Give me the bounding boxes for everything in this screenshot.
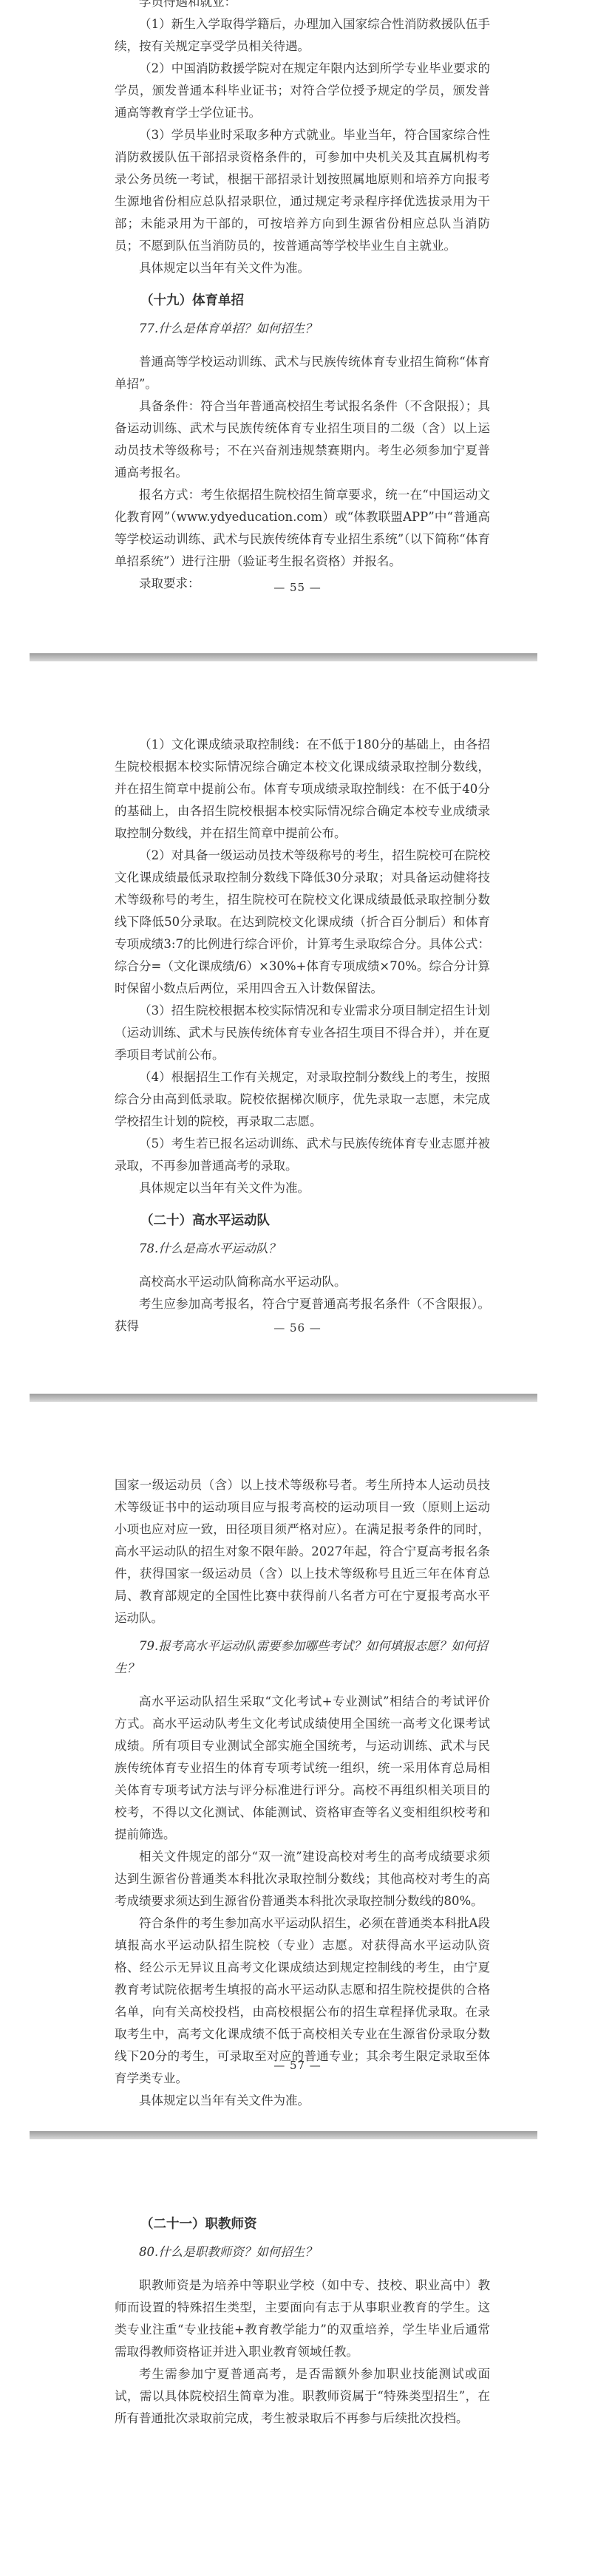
page-separator — [30, 1394, 537, 1402]
page-separator — [30, 653, 537, 661]
page-number-56: — 56 — — [0, 1321, 595, 1335]
page-57-content: 国家一级运动员（含）以上技术等级称号者。考生所持本人运动员技术等级证书中的运动项… — [115, 1474, 490, 2112]
paragraph: （5）考生若已报名运动训练、武术与民族传统体育专业志愿并被录取，不再参加普通高考… — [115, 1133, 490, 1177]
question-heading: 77.什么是体育单招？如何招生？ — [115, 318, 490, 340]
paragraph: （1）文化课成绩录取控制线：在不低于180分的基础上，由各招生院校根据本校实际情… — [115, 734, 490, 845]
section-heading: （二十）高水平运动队 — [115, 1210, 490, 1232]
page-57: 国家一级运动员（含）以上技术等级称号者。考生所持本人运动员技术等级证书中的运动项… — [0, 1402, 595, 2131]
question-heading: 79.报考高水平运动队需要参加哪些考试？如何填报志愿？如何招生？ — [115, 1635, 490, 1680]
question-heading: 78.什么是高水平运动队？ — [115, 1238, 490, 1260]
page-separator — [30, 2131, 537, 2139]
section-heading: （十九）体育单招 — [115, 290, 490, 312]
paragraph: 具体规定以当年有关文件为准。 — [115, 257, 490, 279]
page-56-content: （1）文化课成绩录取控制线：在不低于180分的基础上，由各招生院校根据本校实际情… — [115, 734, 490, 1338]
page-56: （1）文化课成绩录取控制线：在不低于180分的基础上，由各招生院校根据本校实际情… — [0, 661, 595, 1394]
paragraph: 学员待遇和就业： — [115, 0, 490, 13]
page-58: （二十一）职教师资80.什么是职教师资？如何招生？职教师资是为培养中等职业学校（… — [0, 2139, 595, 2576]
paragraph: 高校高水平运动队简称高水平运动队。 — [115, 1271, 490, 1293]
page-58-content: （二十一）职教师资80.什么是职教师资？如何招生？职教师资是为培养中等职业学校（… — [115, 2213, 490, 2430]
paragraph: 具体规定以当年有关文件为准。 — [115, 2090, 490, 2112]
paragraph: 考生需参加宁夏普通高考，是否需额外参加职业技能测试或面试，需以具体院校招生简章为… — [115, 2363, 490, 2430]
paragraph: 相关文件规定的部分“双一流”建设高校对考生的高考成绩要求须达到生源省份普通类本科… — [115, 1846, 490, 1912]
question-heading: 80.什么是职教师资？如何招生？ — [115, 2241, 490, 2263]
paragraph: （4）根据招生工作有关规定，对录取控制分数线上的考生，按照综合分由高到低录取。院… — [115, 1066, 490, 1133]
paragraph: （3）学员毕业时采取多种方式就业。毕业当年，符合国家综合性消防救援队伍干部招录资… — [115, 124, 490, 257]
paragraph: 具体规定以当年有关文件为准。 — [115, 1177, 490, 1199]
paragraph: 高水平运动队招生采取“文化考试+专业测试”相结合的考试评价方式。高水平运动队考生… — [115, 1691, 490, 1846]
paragraph: （2）对具备一级运动员技术等级称号的考生，招生院校可在院校文化课成绩最低录取控制… — [115, 845, 490, 1000]
paragraph: 普通高等学校运动训练、武术与民族传统体育专业招生简称“体育单招”。 — [115, 351, 490, 395]
paragraph: 国家一级运动员（含）以上技术等级称号者。考生所持本人运动员技术等级证书中的运动项… — [115, 1474, 490, 1629]
paragraph: （1）新生入学取得学籍后，办理加入国家综合性消防救援队伍手续，按有关规定享受学员… — [115, 13, 490, 58]
paragraph: （3）招生院校根据本校实际情况和专业需求分项目制定招生计划（运动训练、武术与民族… — [115, 1000, 490, 1066]
page-number-57: — 57 — — [0, 2059, 595, 2072]
paragraph: 职教师资是为培养中等职业学校（如中专、技校、职业高中）教师而设置的特殊招生类型，… — [115, 2275, 490, 2363]
section-heading: （二十一）职教师资 — [115, 2213, 490, 2235]
document-viewer: 学员待遇和就业：（1）新生入学取得学籍后，办理加入国家综合性消防救援队伍手续，按… — [0, 0, 595, 2576]
page-55: 学员待遇和就业：（1）新生入学取得学籍后，办理加入国家综合性消防救援队伍手续，按… — [0, 0, 595, 653]
page-number-55: — 55 — — [0, 581, 595, 594]
paragraph: 具备条件：符合当年普通高校招生考试报名条件（不含限报）；具备运动训练、武术与民族… — [115, 395, 490, 484]
paragraph: 报名方式：考生依据招生院校招生简章要求，统一在“中国运动文化教育网”（www.y… — [115, 484, 490, 573]
page-55-content: 学员待遇和就业：（1）新生入学取得学籍后，办理加入国家综合性消防救援队伍手续，按… — [115, 0, 490, 595]
paragraph: （2）中国消防救援学院对在规定年限内达到所学专业毕业要求的学员，颁发普通本科毕业… — [115, 58, 490, 124]
